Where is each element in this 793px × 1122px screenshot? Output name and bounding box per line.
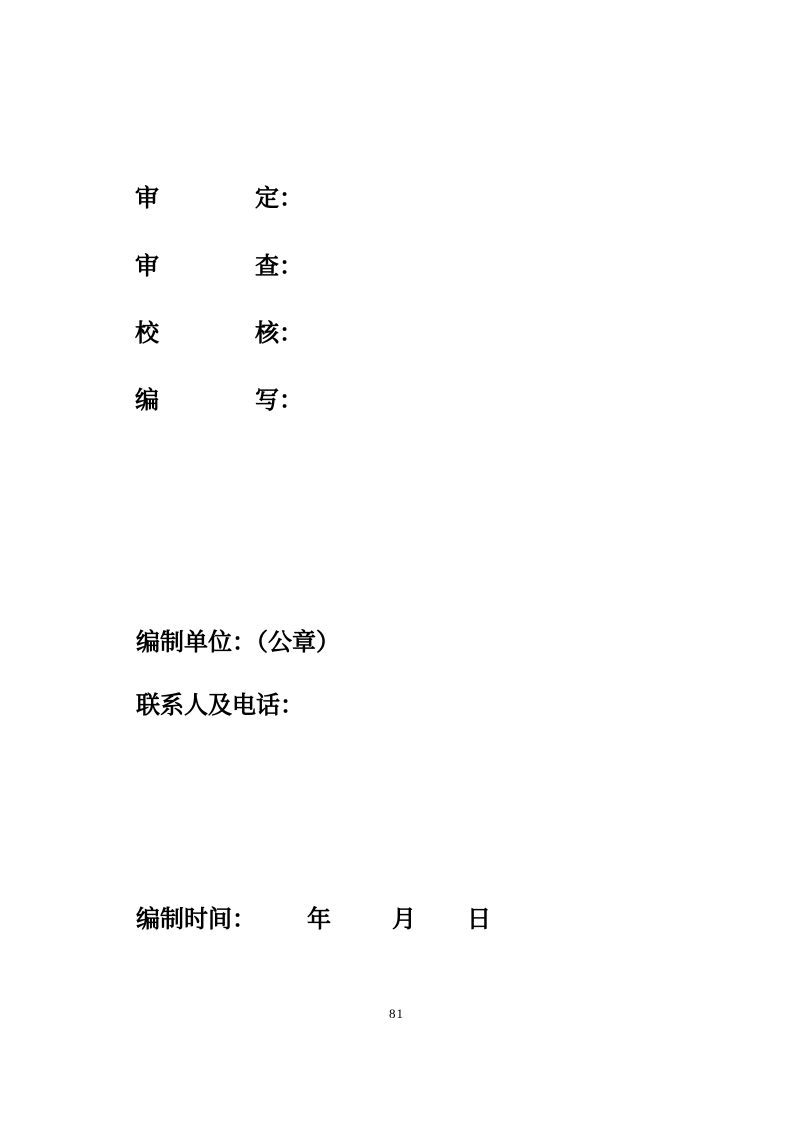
- document-page: 审定： 审查： 校核： 编写： 编制单位：（公章） 联系人及电话： 编制时间： …: [0, 0, 793, 1122]
- reviewer-left-char: 审: [135, 254, 159, 280]
- compile-date-label: 编制时间：: [136, 908, 256, 932]
- approver-line: 审定：: [135, 187, 303, 211]
- compile-date-month: 月: [392, 908, 416, 932]
- checker-line: 校核：: [135, 322, 303, 346]
- author-line: 编写：: [135, 389, 303, 413]
- approver-right-char: 定：: [255, 186, 303, 212]
- compile-date-day: 日: [467, 908, 491, 932]
- issuing-unit-line: 编制单位：（公章）: [136, 631, 340, 655]
- reviewer-line: 审查：: [135, 255, 303, 279]
- compile-date-year: 年: [307, 908, 331, 932]
- author-right-char: 写：: [255, 388, 303, 414]
- approver-left-char: 审: [135, 186, 159, 212]
- reviewer-right-char: 查：: [255, 254, 303, 280]
- author-left-char: 编: [135, 388, 159, 414]
- checker-left-char: 校: [135, 321, 159, 347]
- page-number: 81: [0, 1006, 793, 1022]
- contact-phone-line: 联系人及电话：: [136, 694, 304, 718]
- checker-right-char: 核：: [255, 321, 303, 347]
